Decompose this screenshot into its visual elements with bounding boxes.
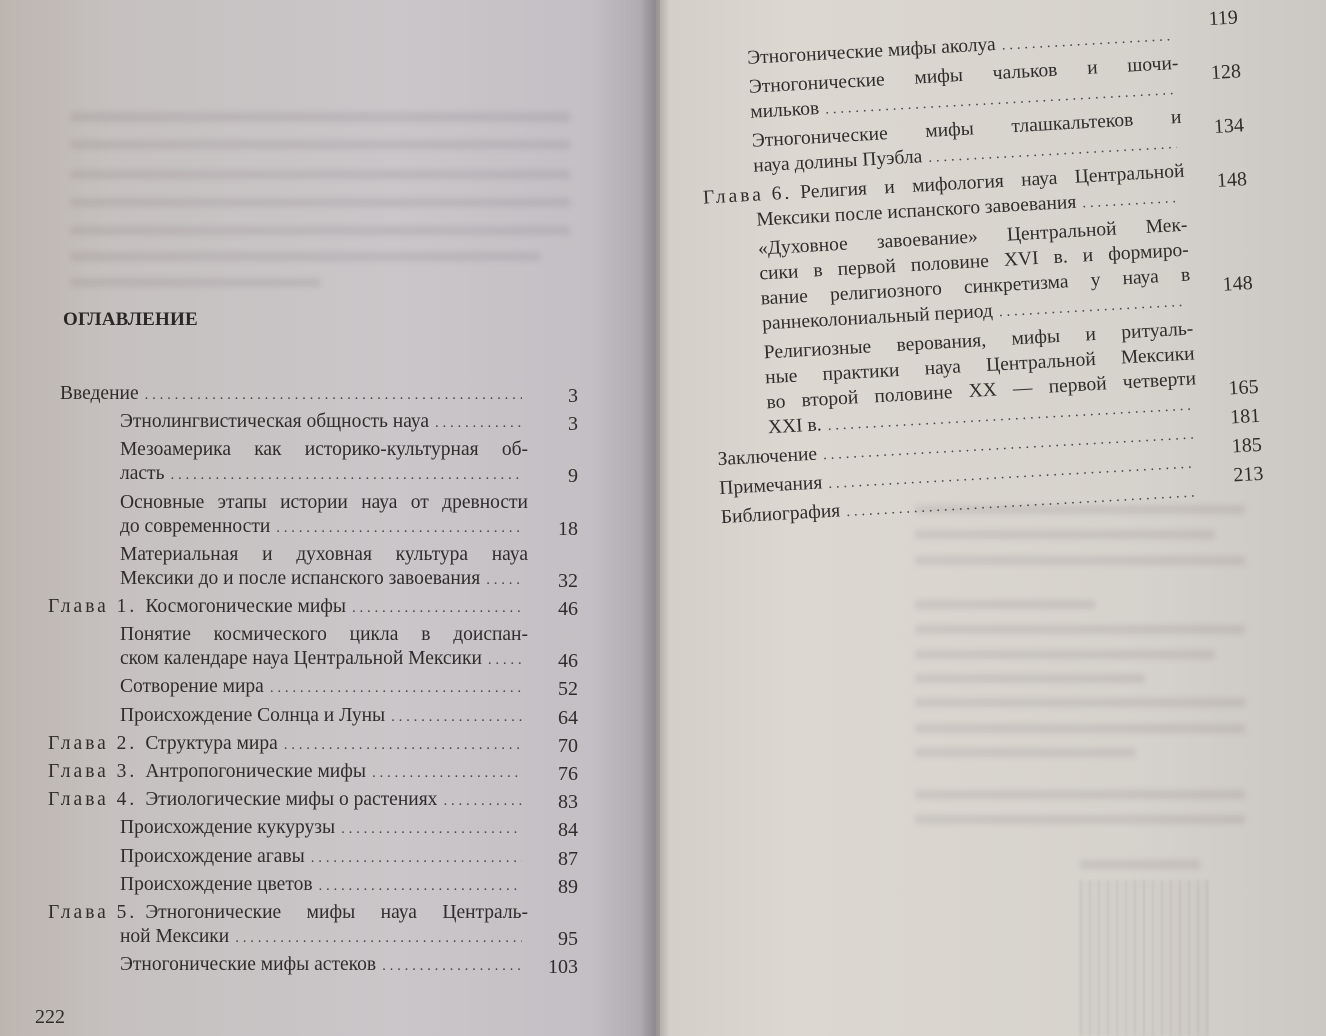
toc-page-number: 95	[528, 927, 578, 951]
dot-leader	[1082, 186, 1181, 215]
toc-entry-title: Сотворение мира	[120, 675, 264, 699]
toc-page-number: 70	[528, 734, 578, 758]
toc-page-number: 185	[1201, 433, 1262, 460]
toc-entry-line: Происхождение агавы	[120, 845, 528, 870]
show-through-barcode	[1080, 880, 1210, 1036]
toc-entry-line: Мезоамерика как историко-культурная об-	[120, 438, 528, 462]
toc-entry-line: ласть	[120, 462, 528, 487]
show-through-text	[915, 600, 1095, 609]
toc-page-number: 148	[1192, 271, 1253, 298]
toc-entry-line: Происхождение Солнца и Луны	[120, 704, 528, 729]
toc-page-number: 119	[1177, 5, 1238, 32]
dot-leader	[488, 648, 522, 672]
toc-entry-title: Заключение	[717, 443, 818, 473]
toc-page-number: 76	[528, 762, 578, 786]
toc-heading: ОГЛАВЛЕНИЕ	[63, 309, 198, 331]
chapter-label: Глава 3.	[48, 760, 137, 784]
dot-leader	[311, 846, 522, 870]
toc-page-number: 84	[528, 818, 578, 842]
toc-page-number: 128	[1180, 59, 1241, 86]
show-through-text	[915, 698, 1245, 707]
toc-page-number: 3	[528, 412, 578, 436]
toc-entry-title: ласть	[120, 462, 164, 486]
toc-entry-title: Происхождение агавы	[120, 845, 305, 869]
toc-entry-title: Мексики до и после испанского завоевания	[120, 567, 480, 591]
show-through-text	[1080, 860, 1200, 869]
dot-leader	[319, 874, 522, 898]
toc-entry-title: Этногонические мифы астеков	[120, 953, 376, 977]
toc-entry-title: Происхождение цветов	[120, 873, 313, 897]
toc-entry-title: Мезоамерика как историко-культурная об-	[120, 438, 528, 462]
toc-page-number: 9	[528, 464, 578, 488]
toc-page-number: 3	[528, 384, 578, 408]
dot-leader	[341, 817, 522, 841]
toc-page-number: 103	[528, 955, 578, 979]
toc-entry-line: Этнолингвистическая общность науа	[120, 410, 528, 435]
dot-leader	[486, 568, 522, 592]
toc-page-number: 134	[1183, 113, 1244, 140]
toc-entry-title: Этногонические мифы науа Централь-	[145, 901, 528, 925]
toc-entry-title: Антропогонические мифы	[145, 760, 366, 784]
toc-entry-line: Глава 2.Структура мира	[48, 732, 528, 757]
toc-entry-line: Происхождение кукурузы	[120, 816, 528, 841]
toc-entry-title: Материальная и духовная культура науа	[120, 543, 528, 567]
toc-entry-line: Происхождение цветов	[120, 873, 528, 898]
toc-entry-line: ной Мексики	[120, 925, 528, 950]
page-number: 222	[35, 1006, 65, 1029]
show-through-text	[915, 815, 1245, 824]
show-through-text	[915, 790, 1245, 799]
toc-entry-line: Сотворение мира	[120, 675, 528, 700]
dot-leader	[235, 926, 522, 950]
toc-page-number: 87	[528, 847, 578, 871]
toc-page-number: 165	[1198, 375, 1259, 402]
toc-entry-line: Понятие космического цикла в доиспан-	[120, 623, 528, 647]
dot-leader	[391, 705, 522, 729]
toc-entry-title: Структура мира	[145, 732, 277, 756]
toc-entry-line: до современности	[120, 515, 528, 540]
toc-entry-title: Понятие космического цикла в доиспан-	[120, 623, 528, 647]
toc-page-number: 64	[528, 706, 578, 730]
chapter-label: Глава 4.	[48, 788, 137, 812]
toc-entry-line: Введение	[60, 382, 528, 407]
toc-entry-title: Основные этапы истории науа от древности	[120, 491, 528, 515]
toc-entry-title: Введение	[60, 382, 139, 406]
toc-entry-line: Глава 5.Этногонические мифы науа Централ…	[48, 901, 528, 925]
dot-leader	[270, 676, 522, 700]
toc-entry-title: Библиография	[720, 499, 841, 530]
toc-entry-title: Космогонические мифы	[145, 595, 346, 619]
toc-entry-line: Этногонические мифы астеков	[120, 953, 528, 978]
dot-leader	[276, 516, 522, 540]
toc-page-number: 89	[528, 875, 578, 899]
toc-entry-line: Мексики до и после испанского завоевания	[120, 567, 528, 592]
dot-leader	[372, 761, 522, 785]
toc-page-number: 32	[528, 569, 578, 593]
chapter-label: Глава 5.	[48, 901, 137, 925]
left-toc: ОГЛАВЛЕНИЕ Введение3Этнолингвистическая …	[0, 0, 656, 1036]
toc-entry-title: Примечания	[719, 471, 823, 501]
toc-entry-title: XXI в.	[767, 413, 822, 440]
toc-entry-title: Происхождение Солнца и Луны	[120, 704, 385, 728]
dot-leader	[284, 733, 522, 757]
toc-entry-line: Глава 1.Космогонические мифы	[48, 595, 528, 620]
dot-leader	[170, 463, 522, 487]
toc-page-number: 181	[1200, 404, 1261, 431]
toc-entry-line: Глава 3.Антропогонические мифы	[48, 760, 528, 785]
dot-leader	[145, 383, 522, 407]
toc-page-number: 213	[1203, 462, 1264, 489]
toc-entry-line: Глава 4.Этиологические мифы о растениях	[48, 788, 528, 813]
show-through-text	[915, 674, 1145, 683]
toc-entry-line: Материальная и духовная культура науа	[120, 543, 528, 567]
dot-leader	[435, 411, 522, 435]
toc-page-number: 18	[528, 517, 578, 541]
toc-entry-title: Этнолингвистическая общность науа	[120, 410, 429, 434]
show-through-text	[915, 748, 1135, 757]
dot-leader	[443, 789, 522, 813]
show-through-text	[915, 650, 1215, 659]
toc-entry-title: мильков	[750, 97, 820, 125]
chapter-label: Глава 6.	[702, 182, 793, 211]
toc-entry-title: Происхождение кукурузы	[120, 816, 335, 840]
chapter-label: Глава 2.	[48, 732, 137, 756]
toc-entry-title: до современности	[120, 515, 270, 539]
toc-entry-title: ной Мексики	[120, 925, 229, 949]
toc-page-number: 148	[1186, 167, 1247, 194]
chapter-label: Глава 1.	[48, 595, 137, 619]
toc-page-number: 46	[528, 649, 578, 673]
toc-page-number: 83	[528, 790, 578, 814]
right-toc: Этногонические мифы аколуа119Этногоничес…	[687, 17, 1316, 590]
show-through-text	[915, 625, 1245, 634]
show-through-text	[915, 724, 1245, 733]
toc-entry-title: Этиологические мифы о растениях	[145, 788, 437, 812]
dot-leader	[352, 596, 522, 620]
toc-entry-title: ском календаре науа Центральной Мексики	[120, 647, 482, 671]
dot-leader	[382, 954, 522, 978]
toc-page-number: 52	[528, 677, 578, 701]
toc-entry-line: Основные этапы истории науа от древности	[120, 491, 528, 515]
toc-page-number: 46	[528, 597, 578, 621]
toc-entry-line: ском календаре науа Центральной Мексики	[120, 647, 528, 672]
